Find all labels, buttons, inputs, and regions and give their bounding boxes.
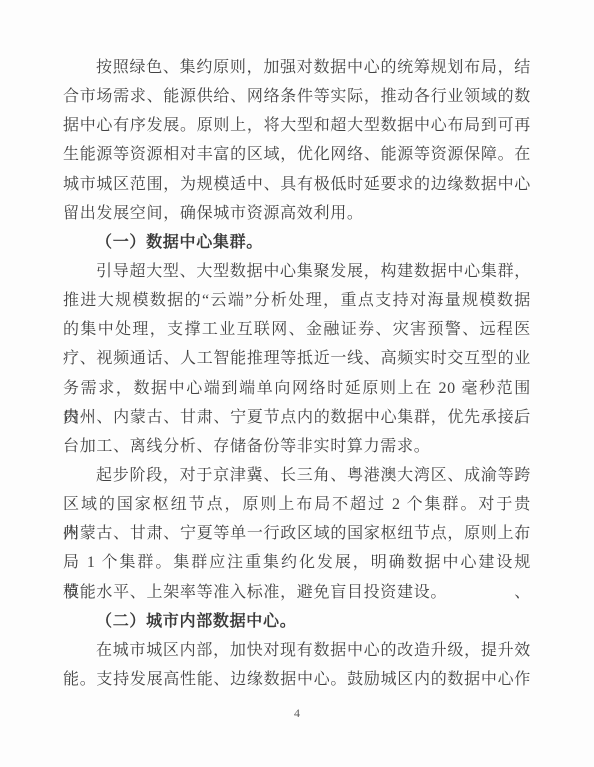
- text-line: 生能源等资源相对丰富的区域，优化网络、能源等资源保障。在: [63, 140, 531, 169]
- text-line: 留出发展空间，确保城市资源高效利用。: [63, 199, 531, 228]
- text-line: 推进大规模数据的“云端”分析处理，重点支持对海量规模数据: [63, 286, 531, 315]
- text-line: 疗、视频通话、人工智能推理等抵近一线、高频实时交互型的业: [63, 344, 531, 373]
- text-line: 区域的国家枢纽节点，原则上布局不超过 2 个集群。对于贵州、: [63, 490, 531, 519]
- text-line: 合市场需求、能源供给、网络条件等实际，推动各行业领域的数: [63, 82, 531, 111]
- section-heading: （二）城市内部数据中心。: [63, 607, 531, 636]
- text-line: 起步阶段，对于京津冀、长三角、粤港澳大湾区、成渝等跨: [63, 461, 531, 490]
- text-line: 局 1 个集群。集群应注重集约化发展，明确数据中心建设规模、: [63, 548, 531, 577]
- document-body: 按照绿色、集约原则，加强对数据中心的统筹规划布局，结合市场需求、能源供给、网络条…: [63, 53, 531, 694]
- text-line: 台加工、离线分析、存储备份等非实时算力需求。: [63, 432, 531, 461]
- text-line: 内蒙古、甘肃、宁夏等单一行政区域的国家枢纽节点，原则上布: [63, 519, 531, 548]
- text-line: 能。支持发展高性能、边缘数据中心。鼓励城区内的数据中心作: [63, 665, 531, 694]
- page-number: 4: [0, 706, 594, 720]
- text-line: 引导超大型、大型数据中心集聚发展，构建数据中心集群，: [63, 257, 531, 286]
- text-line: 据中心有序发展。原则上，将大型和超大型数据中心布局到可再: [63, 111, 531, 140]
- text-line: 贵州、内蒙古、甘肃、宁夏节点内的数据中心集群，优先承接后: [63, 403, 531, 432]
- text-line: 在城市城区内部，加快对现有数据中心的改造升级，提升效: [63, 636, 531, 665]
- document-page: 按照绿色、集约原则，加强对数据中心的统筹规划布局，结合市场需求、能源供给、网络条…: [0, 0, 594, 767]
- text-line: 按照绿色、集约原则，加强对数据中心的统筹规划布局，结: [63, 53, 531, 82]
- text-line: 的集中处理，支撑工业互联网、金融证券、灾害预警、远程医: [63, 315, 531, 344]
- text-line: 城市城区范围，为规模适中、具有极低时延要求的边缘数据中心: [63, 170, 531, 199]
- section-heading: （一）数据中心集群。: [63, 228, 531, 257]
- text-line: 务需求，数据中心端到端单向网络时延原则上在 20 毫秒范围内。: [63, 374, 531, 403]
